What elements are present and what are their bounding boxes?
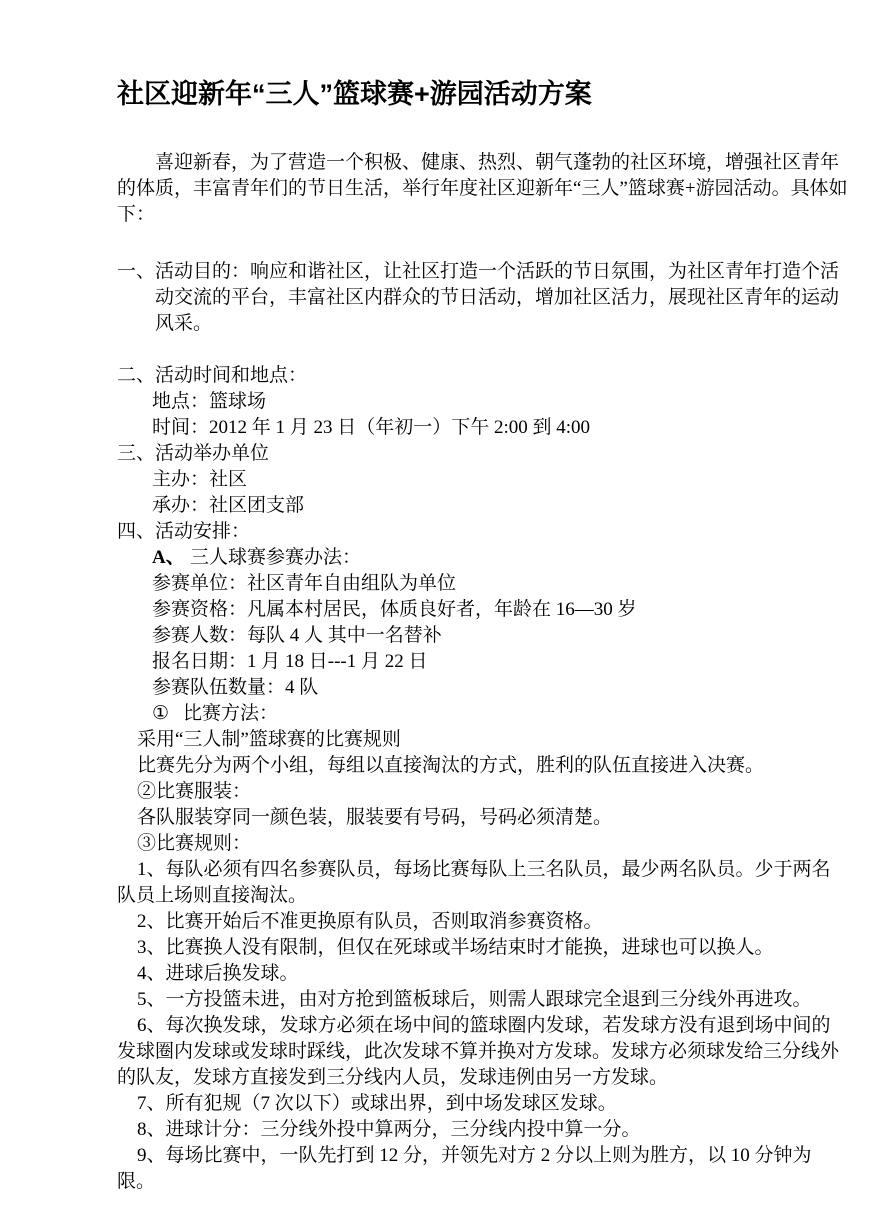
document-title: 社区迎新年“三人”篮球赛+游园活动方案 <box>117 76 848 112</box>
method-rule-line-2: 比赛先分为两个小组，每组以直接淘汰的方式，胜利的队伍直接进入决赛。 <box>117 753 848 779</box>
basketball-heading-marker: A、 <box>152 545 190 571</box>
section-organizers-heading: 三、 活动举办单位 <box>117 441 848 467</box>
rule-item-8: 8、进球计分：三分线外投中算两分，三分线内投中算一分。 <box>117 1117 848 1143</box>
method-heading-text: 比赛方法： <box>183 701 278 727</box>
section-organizers-heading-text: 活动举办单位 <box>155 441 848 467</box>
rules-heading: ③比赛规则： <box>117 831 848 857</box>
rule-item-2: 2、比赛开始后不准更换原有队员，否则取消参赛资格。 <box>117 909 848 935</box>
rule-item-4: 4、进球后换发球。 <box>117 961 848 987</box>
section-schedule-heading: 二、 活动时间和地点： <box>117 363 848 389</box>
rule-item-3: 3、比赛换人没有限制，但仅在死球或半场结束时才能换，进球也可以换人。 <box>117 935 848 961</box>
section-purpose: 一、 活动目的：响应和谐社区，让社区打造一个活跃的节日氛围，为社区青年打造个活动… <box>117 259 848 337</box>
section-arrangement-heading-text: 活动安排： <box>155 519 848 545</box>
section-purpose-text: 活动目的：响应和谐社区，让社区打造一个活跃的节日氛围，为社区青年打造个活动交流的… <box>155 259 848 337</box>
clothing-heading: ②比赛服装： <box>117 779 848 805</box>
method-rule-line-1: 采用“三人制”篮球赛的比赛规则 <box>117 727 848 753</box>
intro-paragraph: 喜迎新春，为了营造一个积极、健康、热烈、朝气蓬勃的社区环境，增强社区青年的体质，… <box>117 150 848 228</box>
method-heading-marker: ① <box>152 701 183 727</box>
rule-item-5: 5、一方投篮未进，由对方抢到篮板球后，则需人跟球完全退到三分线外再进攻。 <box>117 987 848 1013</box>
section-arrangement-heading: 四、 活动安排： <box>117 519 848 545</box>
rule-item-6: 6、每次换发球，发球方必须在场中间的篮球圈内发球，若发球方没有退到场中间的发球圈… <box>117 1013 848 1091</box>
section-purpose-marker: 一、 <box>117 259 155 337</box>
organizer-host-line: 主办：社区 <box>152 467 848 493</box>
entry-qualification-line: 参赛资格：凡属本村居民，体质良好者，年龄在 16—30 岁 <box>152 597 848 623</box>
basketball-heading: A、 三人球赛参赛办法： <box>152 545 848 571</box>
schedule-time-line: 时间：2012 年 1 月 23 日（年初一）下午 2:00 到 4:00 <box>152 415 848 441</box>
basketball-heading-text: 三人球赛参赛办法： <box>190 545 361 571</box>
rule-item-7: 7、所有犯规（7 次以下）或球出界，到中场发球区发球。 <box>117 1091 848 1117</box>
entry-unit-line: 参赛单位：社区青年自由组队为单位 <box>152 571 848 597</box>
rule-item-9: 9、每场比赛中，一队先打到 12 分，并领先对方 2 分以上则为胜方，以 10 … <box>117 1143 848 1195</box>
entry-players-line: 参赛人数：每队 4 人 其中一名替补 <box>152 623 848 649</box>
method-heading: ① 比赛方法： <box>152 701 848 727</box>
entry-signup-line: 报名日期：1 月 18 日---1 月 22 日 <box>152 649 848 675</box>
section-arrangement-marker: 四、 <box>117 519 155 545</box>
entry-team-count-line: 参赛队伍数量：4 队 <box>152 675 848 701</box>
section-schedule-marker: 二、 <box>117 363 155 389</box>
clothing-rule-line: 各队服装穿同一颜色装，服装要有号码，号码必须清楚。 <box>117 805 848 831</box>
rule-item-1: 1、每队必须有四名参赛队员，每场比赛每队上三名队员，最少两名队员。少于两名队员上… <box>117 857 848 909</box>
schedule-location-line: 地点：篮球场 <box>152 389 848 415</box>
section-schedule-heading-text: 活动时间和地点： <box>155 363 848 389</box>
organizer-undertaker-line: 承办：社区团支部 <box>152 493 848 519</box>
document-page: 社区迎新年“三人”篮球赛+游园活动方案 喜迎新春，为了营造一个积极、健康、热烈、… <box>0 0 870 1229</box>
section-organizers-marker: 三、 <box>117 441 155 467</box>
